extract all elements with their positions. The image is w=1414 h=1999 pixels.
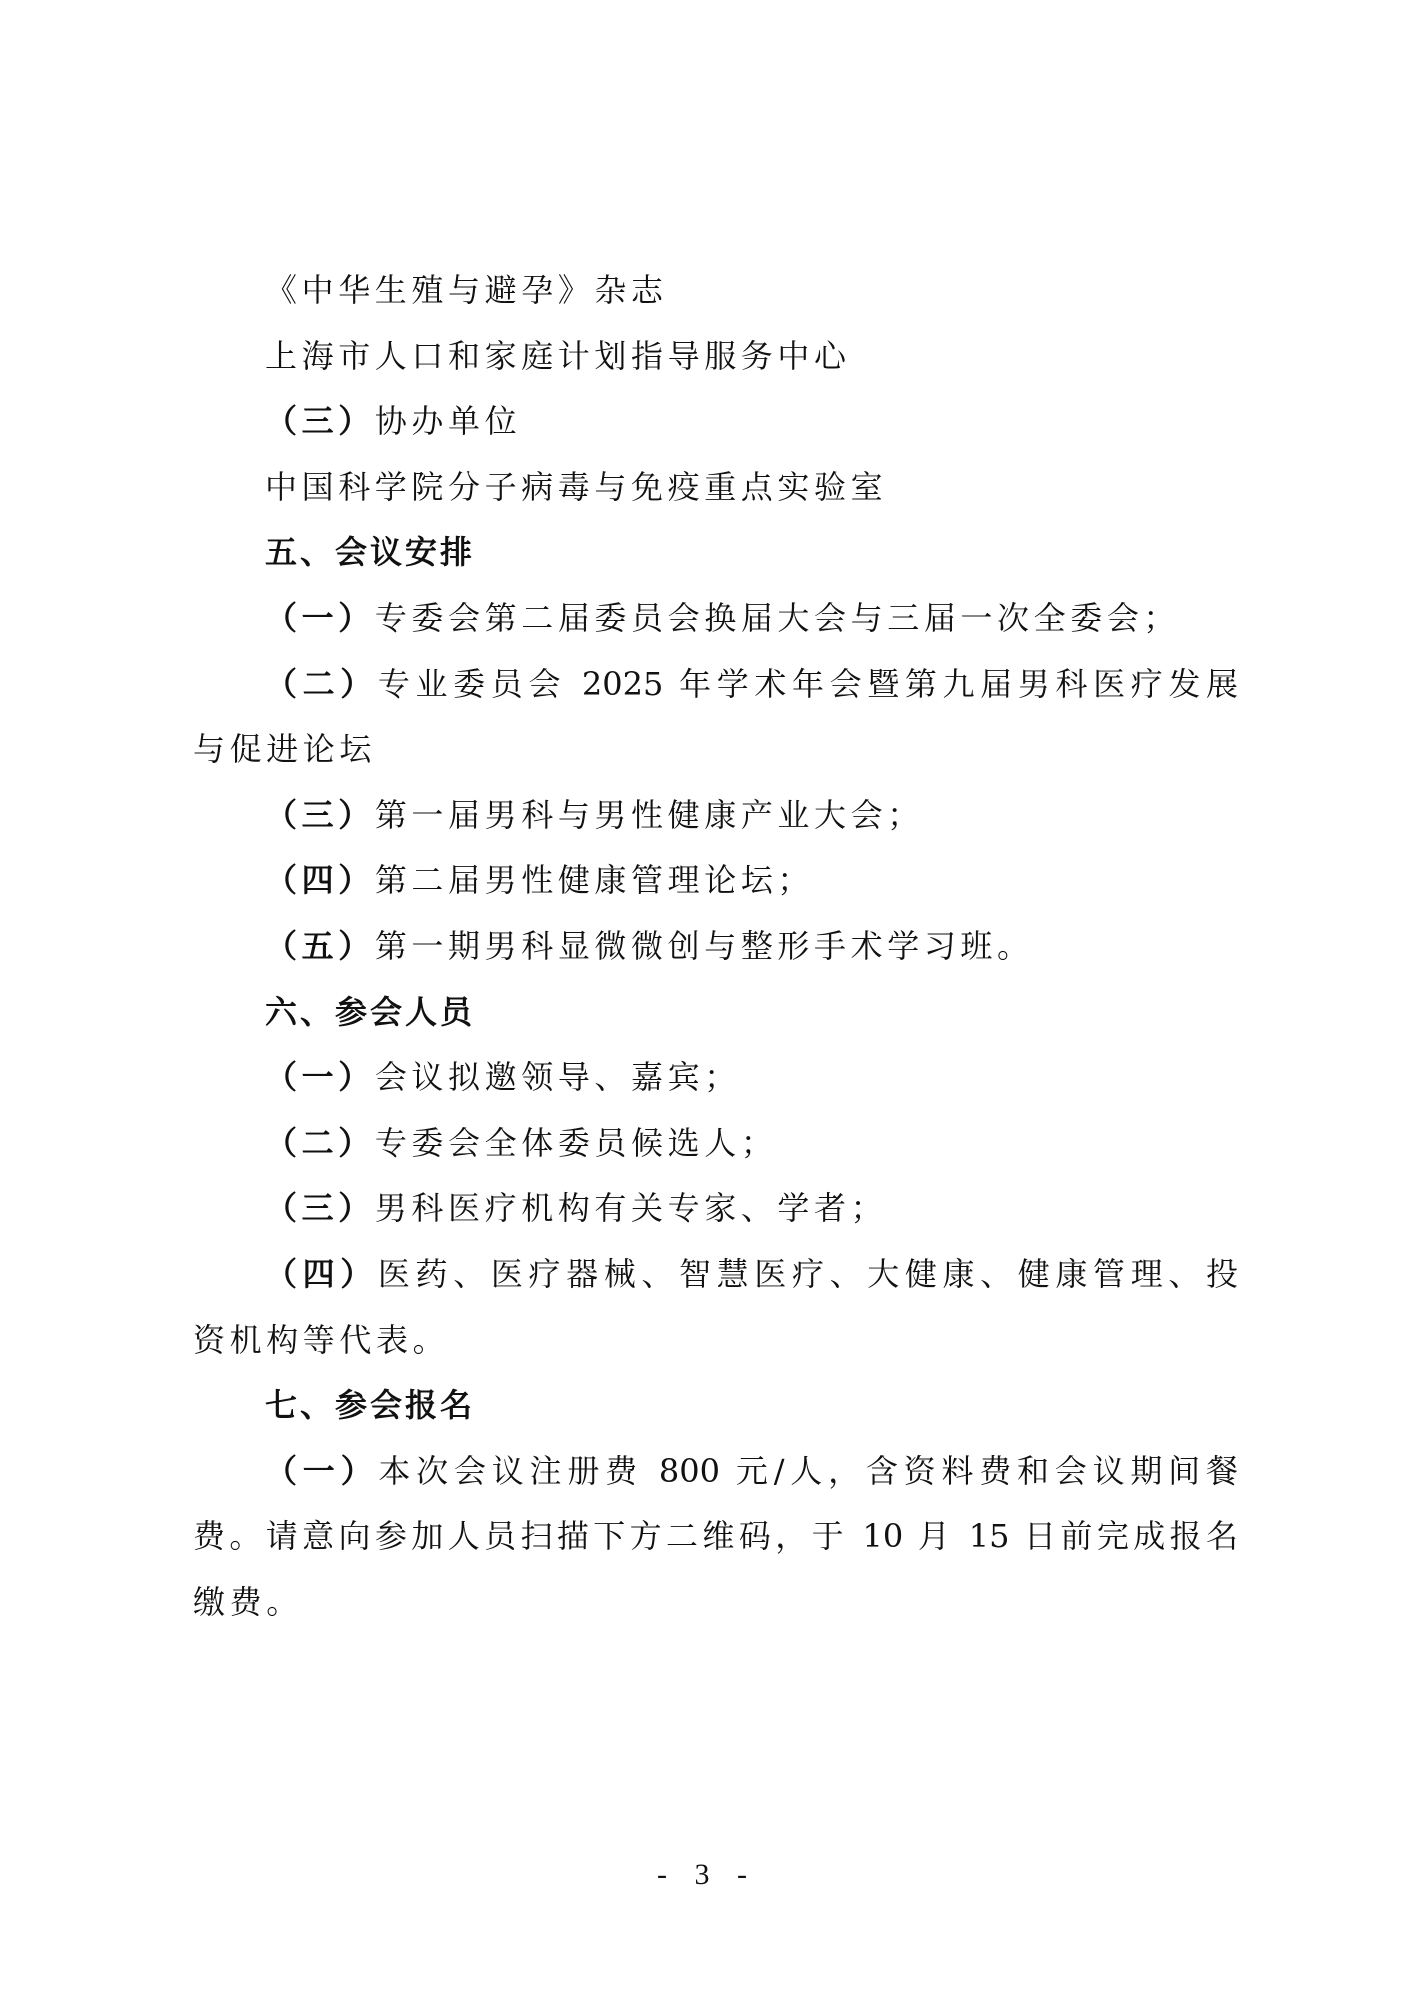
heading-text: 六、参会人员 bbox=[265, 993, 475, 1031]
registration-item-1: （一）本次会议注册费 800 元/人，含资料费和会议期间餐 bbox=[193, 1439, 1238, 1505]
item-label: （三） bbox=[265, 1189, 375, 1227]
item-label: （一） bbox=[265, 1058, 375, 1096]
arrangement-item-4: （四）第二届男性健康管理论坛； bbox=[193, 848, 1238, 914]
item-label: （一） bbox=[265, 1452, 378, 1490]
item-label: （四） bbox=[265, 1255, 378, 1293]
item-label: （四） bbox=[265, 861, 375, 899]
line-text: 资机构等代表。 bbox=[193, 1321, 449, 1359]
attendee-item-3: （三）男科医疗机构有关专家、学者； bbox=[193, 1176, 1238, 1242]
attendee-item-4-cont: 资机构等代表。 bbox=[193, 1308, 1238, 1374]
item-text: 会议拟邀领导、嘉宾； bbox=[375, 1058, 741, 1096]
arrangement-item-5: （五）第一期男科显微微创与整形手术学习班。 bbox=[193, 914, 1238, 980]
item-text: 专委会第二届委员会换届大会与三届一次全委会； bbox=[375, 599, 1180, 637]
item-text: 第一届男科与男性健康产业大会； bbox=[375, 796, 924, 834]
item-text: 专委会全体委员候选人； bbox=[375, 1124, 778, 1162]
co-organizer-lab: 中国科学院分子病毒与免疫重点实验室 bbox=[193, 455, 1238, 521]
line-text: 《中华生殖与避孕》杂志 bbox=[265, 271, 668, 309]
registration-item-1-cont: 费。请意向参加人员扫描下方二维码，于 10 月 15 日前完成报名 bbox=[193, 1504, 1238, 1570]
item-text: 本次会议注册费 800 元/人，含资料费和会议期间餐 bbox=[378, 1452, 1238, 1490]
item-text: 医药、医疗器械、智慧医疗、大健康、健康管理、投 bbox=[378, 1255, 1238, 1293]
organizer-shanghai-center: 上海市人口和家庭计划指导服务中心 bbox=[193, 324, 1238, 390]
heading-text: 七、参会报名 bbox=[265, 1386, 475, 1424]
attendee-item-1: （一）会议拟邀领导、嘉宾； bbox=[193, 1045, 1238, 1111]
item-text: 男科医疗机构有关专家、学者； bbox=[375, 1189, 887, 1227]
document-page: 《中华生殖与避孕》杂志 上海市人口和家庭计划指导服务中心 （三）协办单位 中国科… bbox=[193, 258, 1238, 1635]
co-organizer-subheading: （三）协办单位 bbox=[193, 389, 1238, 455]
registration-item-1-end: 缴费。 bbox=[193, 1570, 1238, 1636]
arrangement-item-3: （三）第一届男科与男性健康产业大会； bbox=[193, 783, 1238, 849]
organizer-journal: 《中华生殖与避孕》杂志 bbox=[193, 258, 1238, 324]
arrangement-item-2-cont: 与促进论坛 bbox=[193, 717, 1238, 783]
line-text: 费。请意向参加人员扫描下方二维码，于 10 月 15 日前完成报名 bbox=[193, 1517, 1238, 1555]
item-label: （五） bbox=[265, 927, 375, 965]
item-label: （三） bbox=[265, 402, 375, 440]
arrangement-item-2: （二）专业委员会 2025 年学术年会暨第九届男科医疗发展 bbox=[193, 652, 1238, 718]
item-text: 专业委员会 2025 年学术年会暨第九届男科医疗发展 bbox=[378, 665, 1238, 703]
line-text: 上海市人口和家庭计划指导服务中心 bbox=[265, 337, 851, 375]
arrangement-item-1: （一）专委会第二届委员会换届大会与三届一次全委会； bbox=[193, 586, 1238, 652]
page-number: - 3 - bbox=[0, 1858, 1414, 1892]
section-heading-attendees: 六、参会人员 bbox=[193, 980, 1238, 1046]
attendee-item-2: （二）专委会全体委员候选人； bbox=[193, 1111, 1238, 1177]
item-text: 第一期男科显微微创与整形手术学习班。 bbox=[375, 927, 1034, 965]
item-label: （二） bbox=[265, 1124, 375, 1162]
attendee-item-4: （四）医药、医疗器械、智慧医疗、大健康、健康管理、投 bbox=[193, 1242, 1238, 1308]
line-text: 中国科学院分子病毒与免疫重点实验室 bbox=[265, 468, 887, 506]
item-label: （三） bbox=[265, 796, 375, 834]
line-text: 与促进论坛 bbox=[193, 730, 376, 768]
item-label: （二） bbox=[265, 665, 378, 703]
section-heading-meeting-arrangement: 五、会议安排 bbox=[193, 520, 1238, 586]
item-text: 第二届男性健康管理论坛； bbox=[375, 861, 814, 899]
heading-text: 五、会议安排 bbox=[265, 533, 475, 571]
section-heading-registration: 七、参会报名 bbox=[193, 1373, 1238, 1439]
subheading-text: 协办单位 bbox=[375, 402, 521, 440]
line-text: 缴费。 bbox=[193, 1583, 303, 1621]
item-label: （一） bbox=[265, 599, 375, 637]
